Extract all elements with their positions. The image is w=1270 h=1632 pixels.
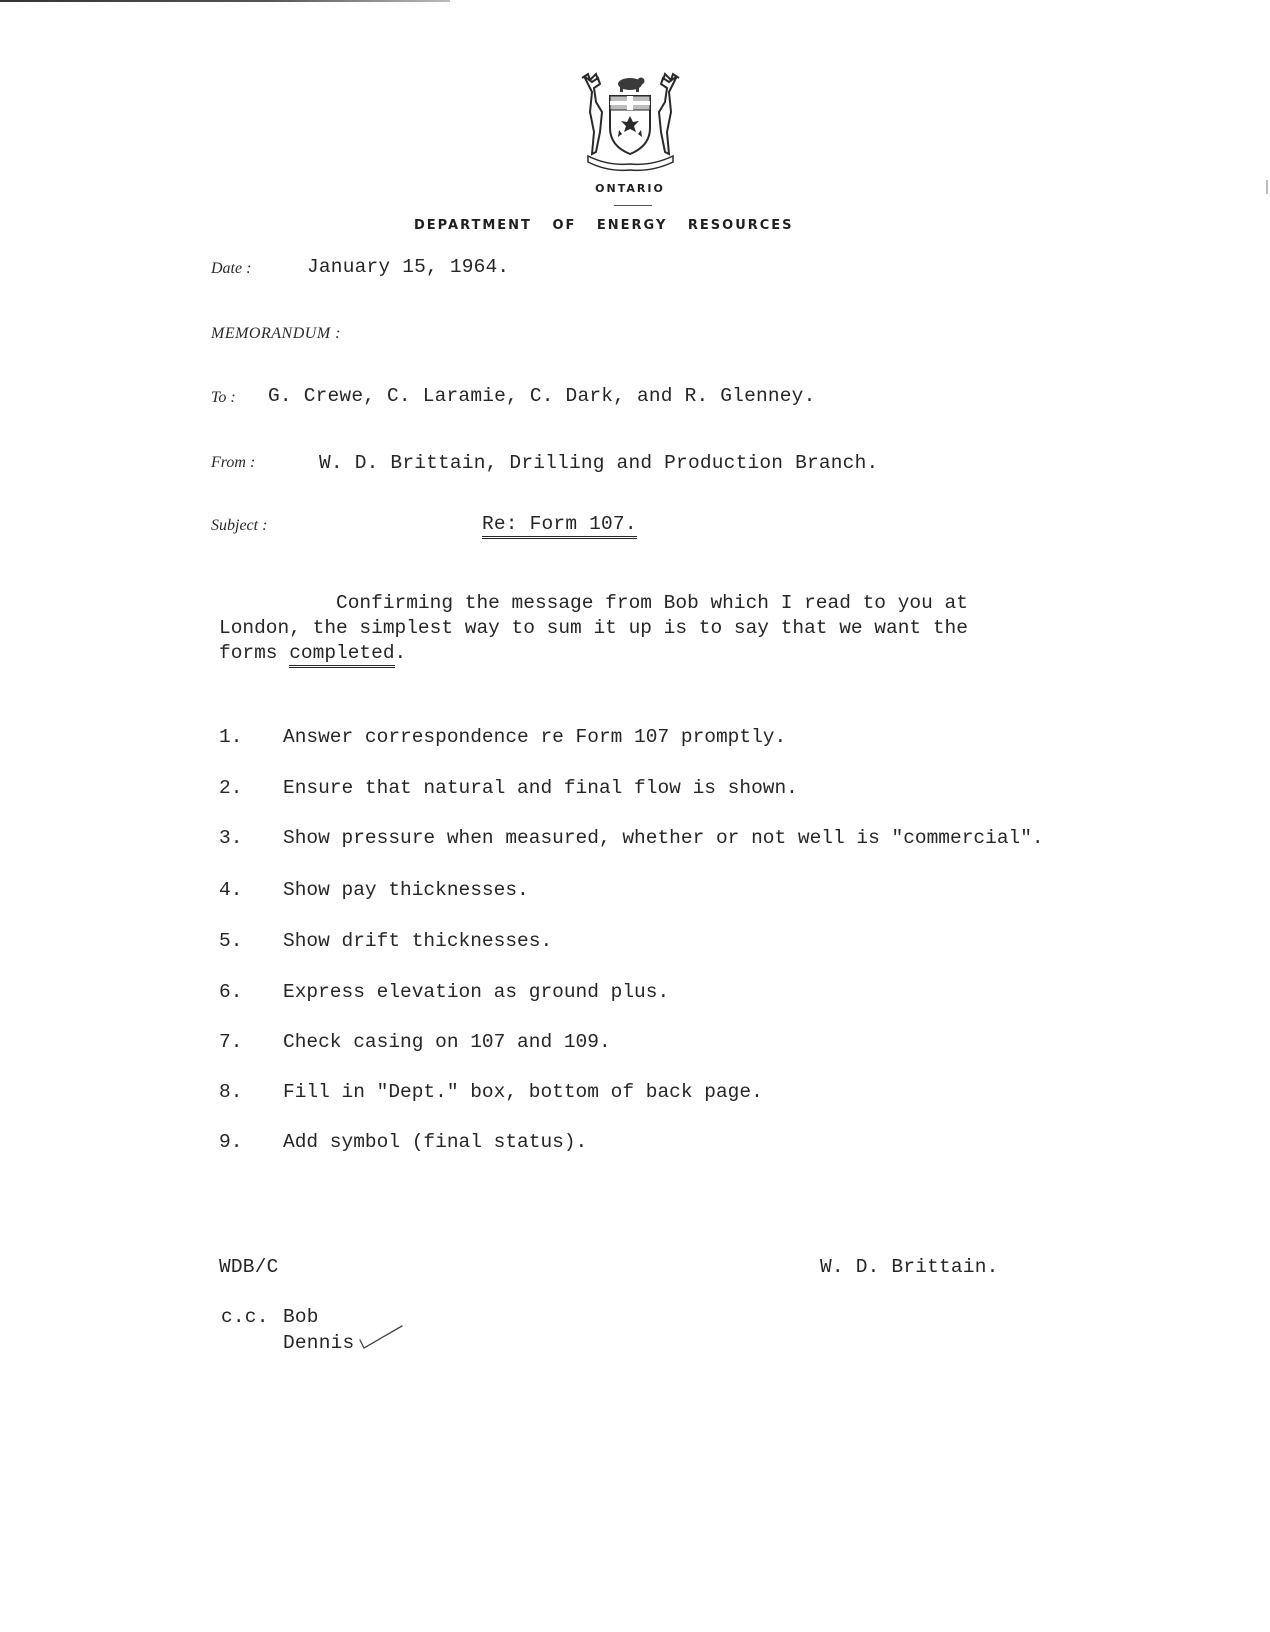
- list-item: Check casing on 107 and 109.: [283, 1031, 611, 1053]
- body-line-2: London, the simplest way to sum it up is…: [219, 617, 968, 639]
- list-item: Add symbol (final status).: [283, 1131, 587, 1153]
- body-paragraph: Confirming the message from Bob which I …: [219, 591, 1039, 666]
- list-item: Fill in "Dept." box, bottom of back page…: [283, 1081, 763, 1103]
- from-value: W. D. Brittain, Drilling and Production …: [319, 452, 878, 474]
- to-value: G. Crewe, C. Laramie, C. Dark, and R. Gl…: [268, 385, 816, 407]
- list-number: 8.: [219, 1081, 242, 1103]
- date-value: January 15, 1964.: [307, 256, 509, 278]
- memorandum-label: MEMORANDUM :: [211, 325, 341, 343]
- emphasis-completed: completed: [289, 642, 394, 668]
- divider: [614, 205, 652, 206]
- province-name: ONTARIO: [560, 182, 700, 195]
- from-label: From :: [211, 454, 255, 472]
- coat-of-arms-icon: [578, 72, 683, 172]
- subject-label: Subject :: [211, 517, 267, 535]
- list-item: Show pressure when measured, whether or …: [283, 827, 1044, 849]
- scan-edge-mark: [1266, 180, 1268, 194]
- date-label: Date :: [211, 260, 251, 278]
- list-item: Express elevation as ground plus.: [283, 981, 669, 1003]
- to-label: To :: [211, 389, 236, 407]
- signature: W. D. Brittain.: [820, 1256, 999, 1278]
- list-number: 7.: [219, 1031, 242, 1053]
- cc-recipient: Bob: [283, 1306, 319, 1328]
- list-number: 1.: [219, 726, 242, 748]
- list-number: 4.: [219, 879, 242, 901]
- body-line-1: Confirming the message from Bob which I …: [219, 592, 968, 614]
- list-item: Show drift thicknesses.: [283, 930, 552, 952]
- list-number: 9.: [219, 1131, 242, 1153]
- list-number: 2.: [219, 777, 242, 799]
- scan-edge-top: [0, 0, 450, 2]
- body-line-3-prefix: forms: [219, 642, 289, 664]
- list-number: 6.: [219, 981, 242, 1003]
- cc-recipient: Dennis: [283, 1332, 354, 1354]
- handwritten-check-icon: [356, 1322, 406, 1352]
- list-number: 3.: [219, 827, 242, 849]
- department-name: DEPARTMENT OF ENERGY RESOURCES: [414, 218, 854, 233]
- body-line-3-suffix: .: [395, 642, 407, 664]
- reference-initials: WDB/C: [219, 1256, 279, 1278]
- list-number: 5.: [219, 930, 242, 952]
- list-item: Ensure that natural and final flow is sh…: [283, 777, 798, 799]
- list-item: Show pay thicknesses.: [283, 879, 529, 901]
- list-item: Answer correspondence re Form 107 prompt…: [283, 726, 786, 748]
- subject-value: Re: Form 107.: [482, 513, 637, 539]
- cc-label: c.c.: [221, 1306, 269, 1328]
